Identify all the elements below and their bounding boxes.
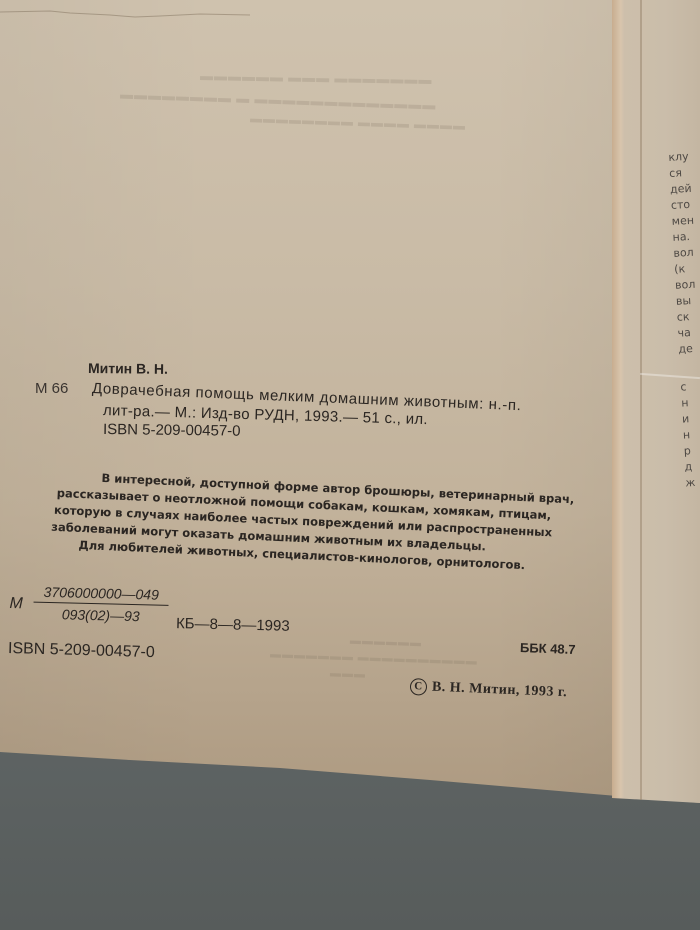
- adjacent-page-fragment: дей: [670, 181, 693, 198]
- adjacent-page-fragment: на.: [672, 229, 695, 246]
- photo-scene: ▬▬▬▬▬▬ ▬▬▬ ▬▬▬▬▬▬▬ ▬▬▬▬▬▬▬▬ ▬ ▬▬▬▬▬▬▬▬▬▬…: [0, 0, 700, 930]
- adjacent-page-fragment: вол: [673, 245, 696, 262]
- page-fold: [640, 0, 642, 800]
- adjacent-page-fragment: р: [683, 442, 700, 459]
- kb-code: КБ—8—8—1993: [176, 615, 290, 635]
- show-through-text: ▬▬▬▬▬▬▬ ▬▬▬▬▬▬▬▬▬▬: [270, 648, 478, 667]
- adjacent-page-fragment: ск: [676, 309, 699, 326]
- adjacent-page-fragment: д: [684, 458, 700, 475]
- adjacent-page-fragment: с: [680, 379, 700, 396]
- show-through-text: ▬▬▬▬▬▬▬▬ ▬ ▬▬▬▬▬▬▬▬▬▬▬▬▬: [120, 86, 437, 113]
- adjacent-page-fragment: де: [678, 341, 700, 358]
- show-through-text: ▬▬▬▬▬▬: [350, 635, 422, 650]
- adjacent-page-fragment: (к: [674, 261, 697, 278]
- show-through-text: ▬▬▬▬▬▬▬▬ ▬▬▬▬ ▬▬▬▬: [250, 111, 466, 134]
- show-through-text: ▬▬▬▬▬▬ ▬▬▬ ▬▬▬▬▬▬▬: [200, 68, 433, 88]
- adjacent-page-fragment: сто: [671, 197, 694, 214]
- adjacent-page-fragment: н: [681, 394, 700, 411]
- catalog-index: М 66: [35, 380, 68, 397]
- paragraph-gap: [679, 357, 700, 380]
- catalog-code-fraction: 3706000000—049 093(02)—93: [33, 584, 169, 625]
- copyright-icon: С: [410, 678, 428, 696]
- bbk-code: ББК 48.7: [520, 640, 576, 657]
- catalog-code-denominator: 093(02)—93: [33, 603, 168, 625]
- adjacent-page-fragment: вол: [675, 277, 698, 294]
- author-heading: Митин В. Н.: [88, 360, 168, 377]
- adjacent-page-fragment: н: [683, 426, 700, 443]
- isbn-line: ISBN 5-209-00457-0: [103, 421, 241, 440]
- abstract: В интересной, доступной форме автор брош…: [56, 468, 619, 578]
- copyright-line: СВ. Н. Митин, 1993 г.: [410, 678, 568, 702]
- catalog-code-prefix: М: [9, 595, 23, 613]
- copyright-text: В. Н. Митин, 1993 г.: [432, 680, 568, 701]
- adjacent-page-fragment: и: [682, 410, 700, 427]
- paper-crack: [0, 8, 260, 20]
- adjacent-page-fragment: ж: [685, 474, 700, 491]
- adjacent-page-fragment: вы: [676, 293, 699, 310]
- adjacent-page-fragment: ся: [669, 165, 692, 182]
- adjacent-page-fragment: ча: [677, 325, 700, 342]
- isbn-bottom: ISBN 5-209-00457-0: [8, 640, 155, 662]
- adjacent-page-fragment: мен: [671, 213, 694, 230]
- show-through-text: ▬▬▬: [330, 667, 366, 680]
- adjacent-page-fragment: клу: [668, 149, 691, 166]
